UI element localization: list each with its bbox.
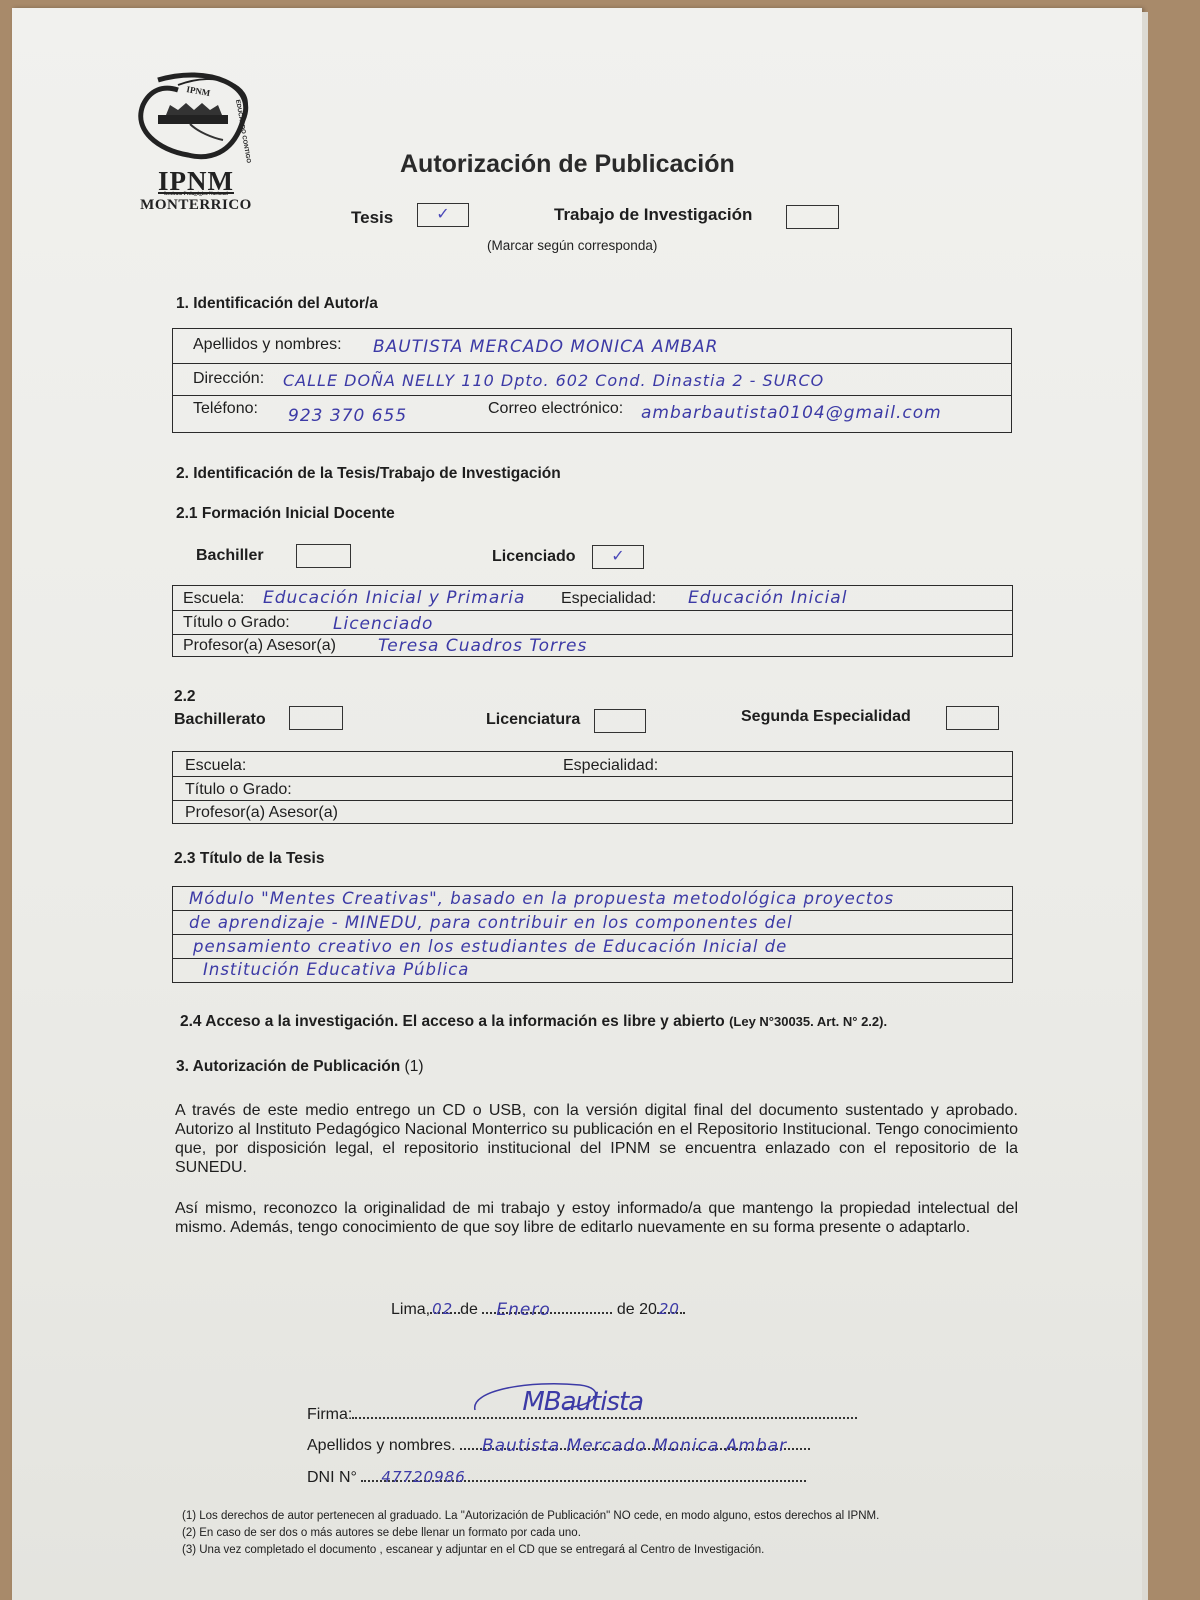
dni-line: DNI N° 47720986	[307, 1469, 806, 1487]
apellidos-label: Apellidos y nombres:	[193, 336, 342, 354]
segunda-especialidad-label: Segunda Especialidad	[741, 708, 911, 726]
dni-field[interactable]: 47720986	[361, 1480, 806, 1482]
firma-label: Firma:	[307, 1406, 352, 1423]
month-field[interactable]: Enero	[482, 1312, 612, 1314]
titulo-field[interactable]: Licenciado	[333, 614, 433, 634]
licenciado-checkbox[interactable]: ✓	[592, 545, 644, 569]
logo-acronym: IPNM	[126, 170, 266, 192]
especialidad-label: Especialidad:	[563, 757, 658, 775]
month-value: Enero	[496, 1300, 550, 1320]
section22-heading: 2.2	[174, 688, 196, 706]
asesor-row: Profesor(a) Asesor(a)	[173, 801, 1012, 823]
titulo-row: Título o Grado:	[173, 777, 1012, 801]
titulo-row: Título o Grado: Licenciado	[173, 611, 1012, 635]
logo-wordmark: IPNM Instituto Pedagógico Nacional MONTE…	[126, 170, 266, 212]
direccion-label: Dirección:	[193, 370, 264, 388]
date-prefix: Lima,	[391, 1301, 430, 1318]
telefono-field[interactable]: 923 370 655	[288, 406, 407, 426]
asesor-field[interactable]: Teresa Cuadros Torres	[378, 636, 587, 656]
day-field[interactable]: 02	[430, 1312, 460, 1314]
thesis-title-line-3[interactable]: pensamiento creativo en los estudiantes …	[193, 937, 787, 956]
formacion-inicial-table: Escuela: Educación Inicial y Primaria Es…	[172, 585, 1013, 657]
dni-label: DNI N°	[307, 1469, 357, 1486]
year-value: 20	[659, 1300, 680, 1318]
year-prefix: de 20	[617, 1301, 657, 1318]
year-field[interactable]: 20	[657, 1312, 685, 1314]
especialidad-label: Especialidad:	[561, 590, 656, 608]
footnote-2: (2) En caso de ser dos o más autores se …	[182, 1527, 581, 1539]
thesis-title-line: Módulo "Mentes Creativas", basado en la …	[173, 887, 1012, 911]
escuela-row: Escuela: Especialidad:	[173, 752, 1012, 777]
date-line: Lima,02de Enero de 2020	[391, 1301, 685, 1319]
apellidos-signature-line: Apellidos y nombres. Bautista Mercado Mo…	[307, 1437, 810, 1455]
check-mark-icon: ✓	[418, 204, 468, 226]
thesis-title-table: Módulo "Mentes Creativas", basado en la …	[172, 886, 1013, 983]
section22-table: Escuela: Especialidad: Título o Grado: P…	[172, 751, 1013, 824]
signature-loop-icon	[470, 1380, 610, 1420]
logo-location: MONTERRICO	[126, 198, 266, 212]
asesor-label: Profesor(a) Asesor(a)	[183, 637, 336, 655]
escuela-label: Escuela:	[183, 590, 244, 608]
footnote-ref: (1)	[405, 1058, 424, 1075]
thesis-title-line-2[interactable]: de aprendizaje - MINEDU, para contribuir…	[189, 913, 793, 932]
thesis-title-line: Institución Educativa Pública	[173, 959, 1012, 981]
section2-heading: 2. Identificación de la Tesis/Trabajo de…	[176, 465, 561, 483]
bachiller-label: Bachiller	[196, 547, 264, 565]
asesor-label: Profesor(a) Asesor(a)	[185, 804, 338, 822]
thesis-title-line-1[interactable]: Módulo "Mentes Creativas", basado en la …	[189, 889, 894, 908]
marking-hint: (Marcar según corresponda)	[487, 238, 657, 253]
author-name-row: Apellidos y nombres: BAUTISTA MERCADO MO…	[173, 329, 1011, 364]
footnote-3: (3) Una vez completado el documento , es…	[182, 1544, 764, 1556]
licenciatura-label: Licenciatura	[486, 711, 580, 729]
section1-heading: 1. Identificación del Autor/a	[176, 295, 378, 313]
trabajo-investigacion-label: Trabajo de Investigación	[554, 205, 752, 225]
tesis-checkbox[interactable]: ✓	[417, 203, 469, 227]
escuela-field[interactable]: Educación Inicial y Primaria	[263, 588, 525, 608]
check-mark-icon: ✓	[593, 546, 643, 568]
segunda-especialidad-checkbox[interactable]	[946, 706, 999, 730]
section24-heading: 2.4 Acceso a la investigación. El acceso…	[180, 1013, 887, 1031]
footnote-1: (1) Los derechos de autor pertenecen al …	[182, 1510, 879, 1522]
licenciatura-checkbox[interactable]	[594, 709, 646, 733]
section3-title: 3. Autorización de Publicación	[176, 1058, 400, 1075]
direccion-field[interactable]: CALLE DOÑA NELLY 110 Dpto. 602 Cond. Din…	[283, 371, 824, 390]
bachiller-checkbox[interactable]	[296, 544, 351, 568]
titulo-label: Título o Grado:	[185, 781, 292, 799]
escuela-label: Escuela:	[185, 757, 246, 775]
thesis-title-line-4[interactable]: Institución Educativa Pública	[203, 960, 469, 979]
page-title: Autorización de Publicación	[400, 150, 735, 179]
access-statement: 2.4 Acceso a la investigación. El acceso…	[180, 1013, 725, 1030]
thesis-title-line: de aprendizaje - MINEDU, para contribuir…	[173, 911, 1012, 935]
correo-field[interactable]: ambarbautista0104@gmail.com	[641, 403, 942, 423]
asesor-row: Profesor(a) Asesor(a) Teresa Cuadros Tor…	[173, 635, 1012, 657]
apellidos-signature-value: Bautista Mercado Monica Ambar	[482, 1436, 787, 1456]
authorization-paragraph: A través de este medio entrego un CD o U…	[175, 1101, 1018, 1177]
titulo-label: Título o Grado:	[183, 614, 290, 632]
law-reference: (Ley N°30035. Art. N° 2.2).	[729, 1014, 887, 1029]
page-edge	[1142, 12, 1148, 1600]
escuela-row: Escuela: Educación Inicial y Primaria Es…	[173, 586, 1012, 611]
bachillerato-checkbox[interactable]	[289, 706, 343, 730]
apellidos-field[interactable]: BAUTISTA MERCADO MONICA AMBAR	[373, 337, 718, 357]
section21-heading: 2.1 Formación Inicial Docente	[176, 505, 395, 523]
especialidad-field[interactable]: Educación Inicial	[688, 588, 847, 608]
section3-heading: 3. Autorización de Publicación (1)	[176, 1058, 423, 1076]
apellidos-signature-field[interactable]: Bautista Mercado Monica Ambar	[460, 1448, 810, 1450]
author-identification-table: Apellidos y nombres: BAUTISTA MERCADO MO…	[172, 328, 1012, 433]
dni-value: 47720986	[381, 1468, 465, 1486]
apellidos-signature-label: Apellidos y nombres.	[307, 1437, 456, 1454]
trabajo-investigacion-checkbox[interactable]	[786, 205, 839, 229]
svg-text:IPNM: IPNM	[186, 84, 212, 98]
licenciado-label: Licenciado	[492, 548, 576, 566]
section23-heading: 2.3 Título de la Tesis	[174, 850, 324, 868]
tesis-label: Tesis	[351, 208, 393, 228]
day-value: 02	[432, 1300, 453, 1318]
de-label: de	[460, 1301, 478, 1318]
thesis-title-line: pensamiento creativo en los estudiantes …	[173, 935, 1012, 959]
address-row: Dirección: CALLE DOÑA NELLY 110 Dpto. 60…	[173, 364, 1011, 396]
correo-label: Correo electrónico:	[488, 400, 623, 418]
telefono-label: Teléfono:	[193, 400, 258, 418]
bachillerato-label: Bachillerato	[174, 711, 266, 729]
contact-row: Teléfono: 923 370 655 Correo electrónico…	[173, 396, 1011, 431]
originality-paragraph: Así mismo, reconozco la originalidad de …	[175, 1199, 1018, 1237]
